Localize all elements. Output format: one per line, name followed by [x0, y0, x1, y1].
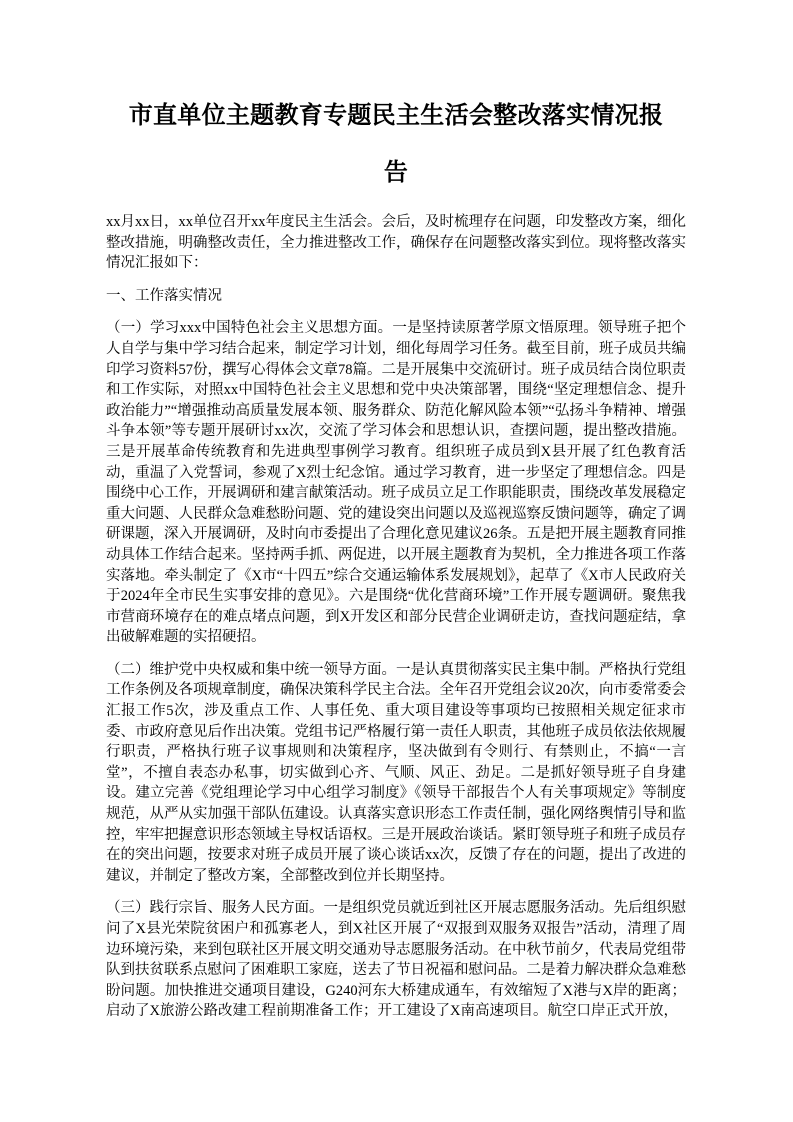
section-paragraph-1: （一）学习xxx中国特色社会主义思想方面。一是坚持读原著学原文悟原理。领导班子把…: [106, 318, 686, 648]
section-heading-work-implementation: 一、工作落实情况: [106, 286, 686, 307]
section-paragraph-3: （三）践行宗旨、服务人民方面。一是组织党员就近到社区开展志愿服务活动。先后组织慰…: [106, 898, 686, 1022]
document-page: 市直单位主题教育专题民主生活会整改落实情况报告 xx月xx日，xx单位召开xx年…: [0, 0, 793, 1122]
section-paragraph-2: （二）维护党中央权威和集中统一领导方面。一是认真贯彻落实民主集中制。严格执行党组…: [106, 660, 686, 887]
document-title: 市直单位主题教育专题民主生活会整改落实情况报告: [123, 88, 669, 202]
intro-paragraph: xx月xx日，xx单位召开xx年度民主生活会。会后，及时梳理存在问题，印发整改方…: [106, 212, 686, 274]
